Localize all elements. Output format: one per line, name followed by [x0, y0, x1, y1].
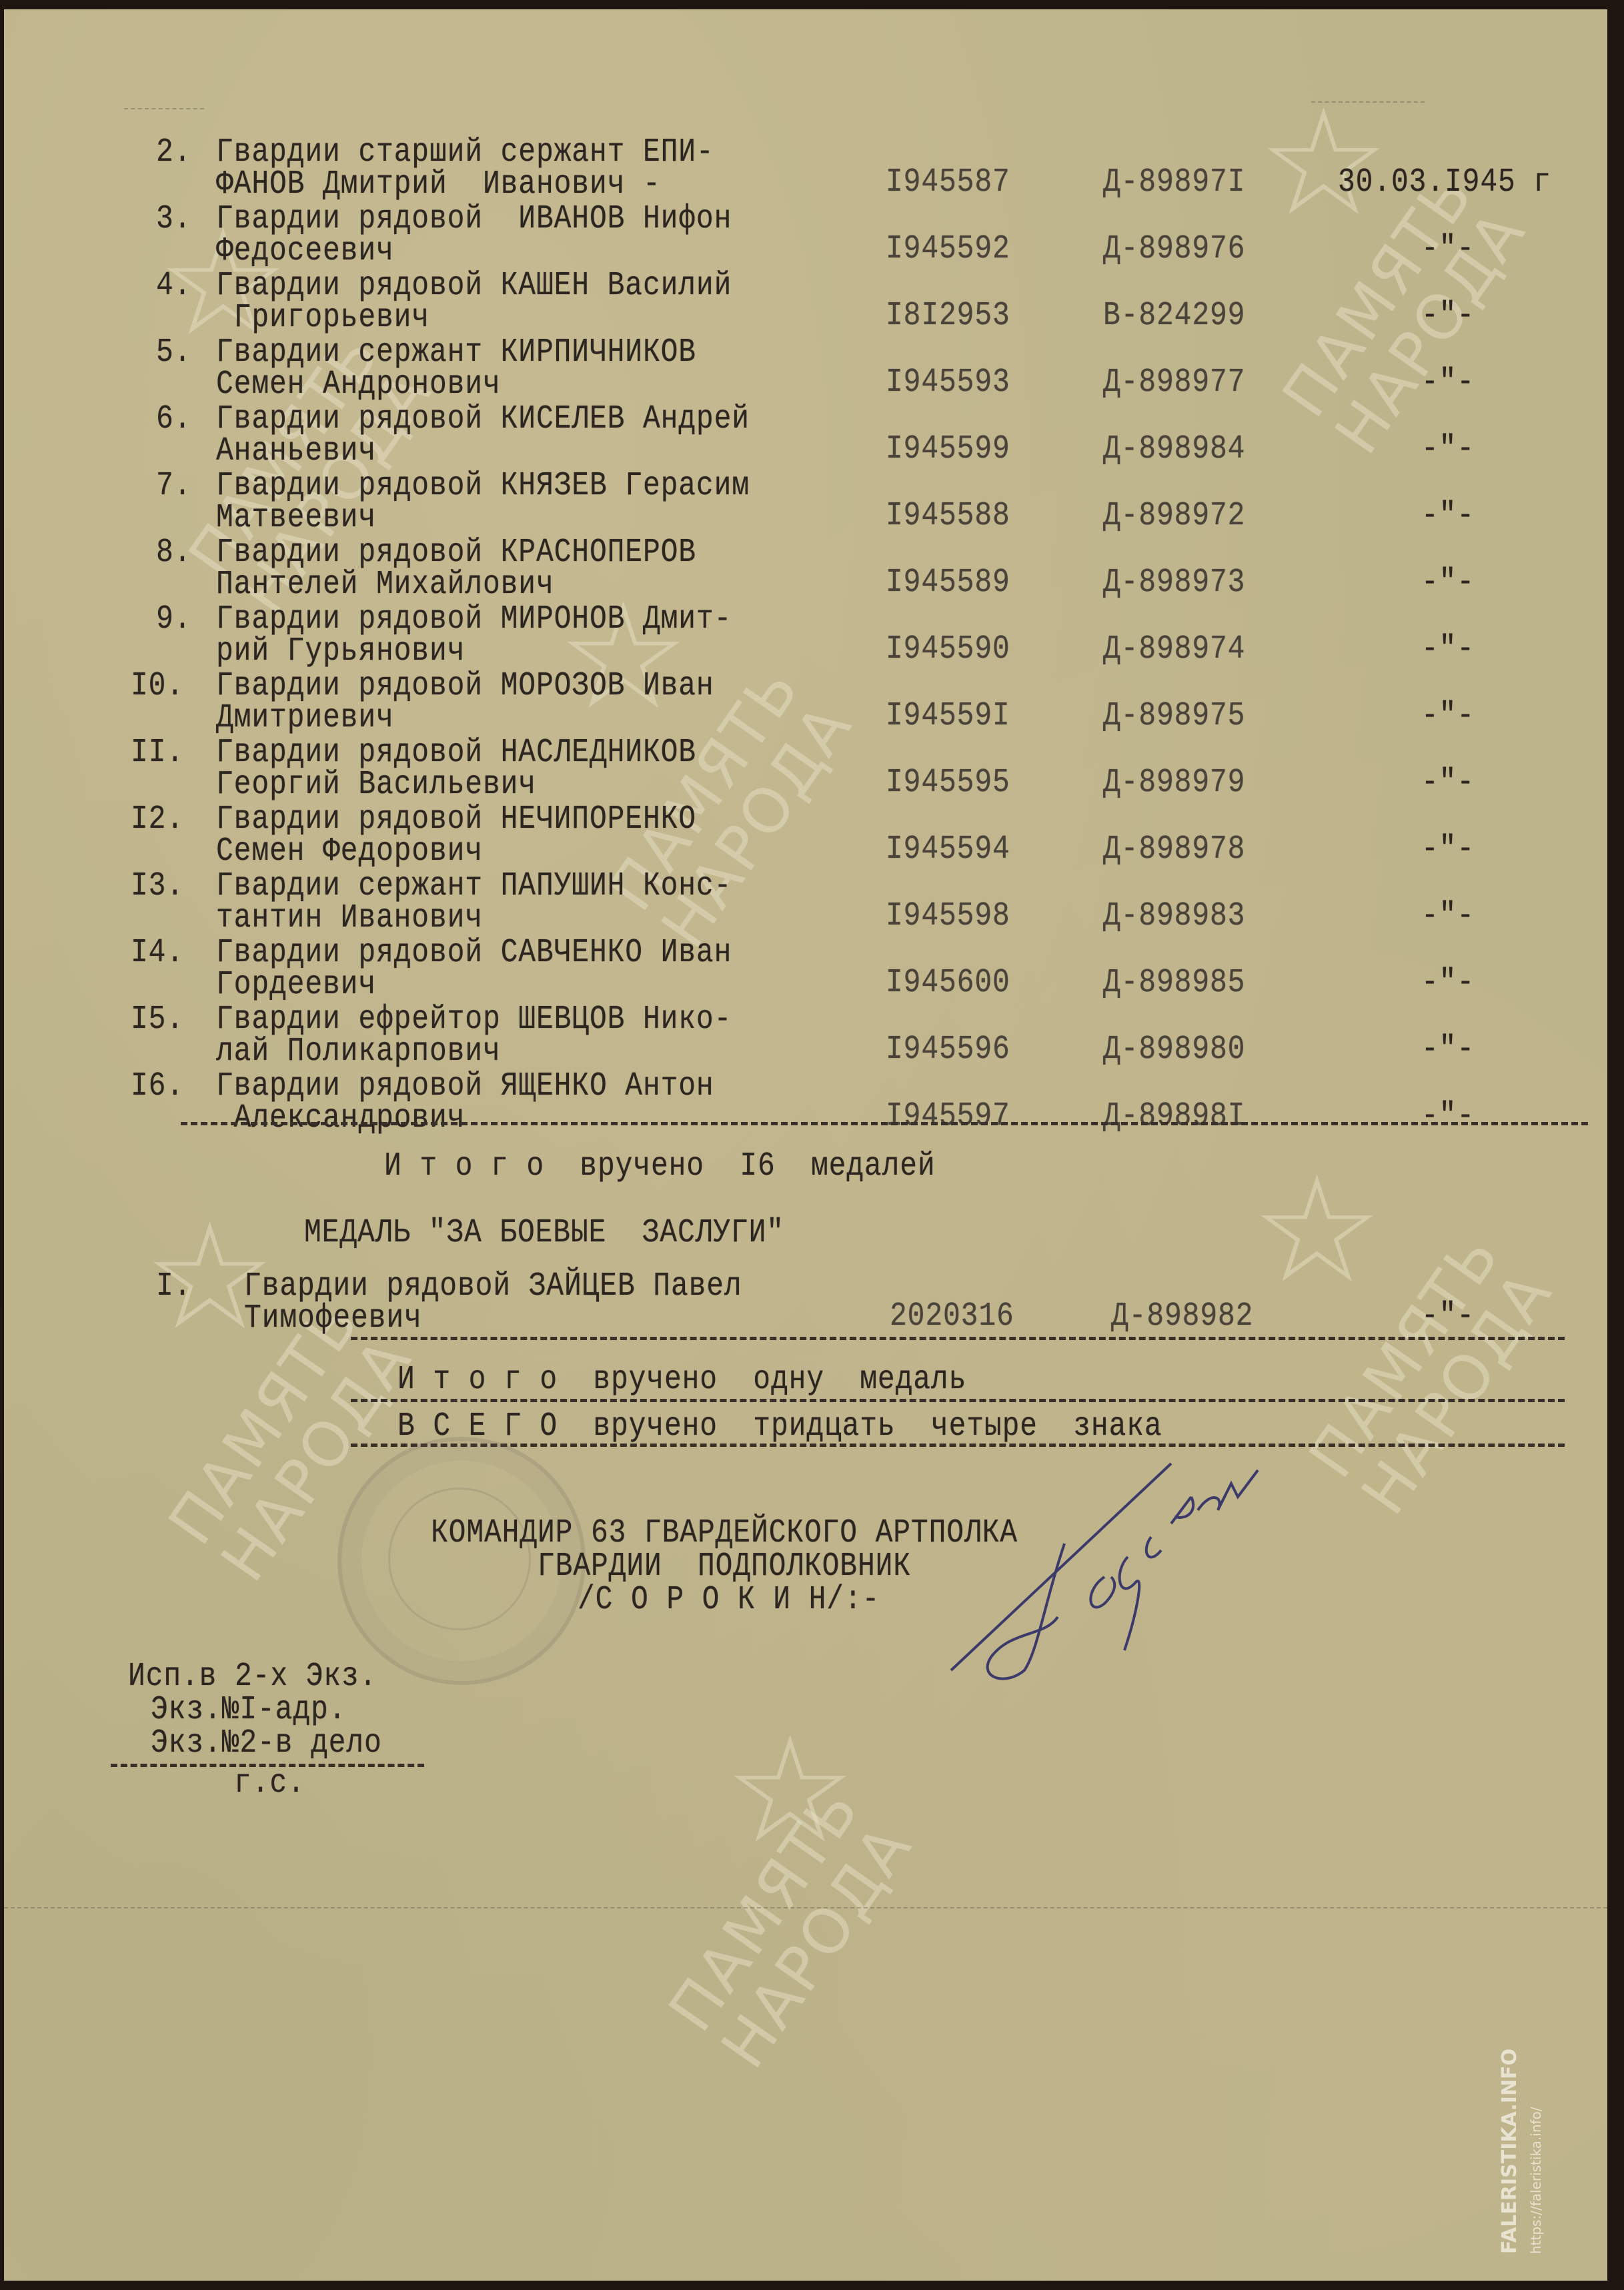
distribution-copies: Исп.в 2-х Экз. [128, 1660, 377, 1694]
entry-document-number: Д-898983 [1103, 900, 1245, 933]
entry-given-names: ФАНОВ Дмитрий Иванович - [216, 168, 661, 201]
entry-number: 3. [156, 203, 191, 236]
entry-given-names: Дмитриевич [216, 702, 394, 735]
entry-medal-number: I94559I [886, 700, 1010, 733]
entry-document-number: Д-898972 [1103, 500, 1245, 533]
entry-given-names: Александрович [216, 1102, 465, 1135]
dashed-rule [351, 1337, 1565, 1340]
entry-rank-surname: Гвардии рядовой МОРОЗОВ Иван [216, 670, 714, 703]
entry-medal-number: I945593 [886, 366, 1010, 400]
entry-rank-surname: Гвардии рядовой НАСЛЕДНИКОВ [216, 736, 696, 770]
grand-total: В С Е Г О вручено тридцать четыре знака [397, 1410, 1162, 1444]
handwritten-signature [944, 1457, 1358, 1684]
commander-rank: ГВАРДИИ ПОДПОЛКОВНИК [538, 1550, 911, 1584]
fold-line [4, 1907, 1607, 1908]
star-watermark-icon: ☆ [724, 1717, 856, 1864]
entry-given-names: рий Гурьянович [216, 635, 465, 668]
entry-medal-number: I8I2953 [886, 300, 1010, 333]
entry-document-number: Д-898985 [1103, 967, 1245, 1000]
entry-rank-surname: Гвардии рядовой КНЯЗЕВ Герасим [216, 470, 750, 503]
entry-number: I2. [131, 803, 184, 836]
star-watermark-icon: ☆ [1251, 1157, 1383, 1303]
document-page: ☆ ПАМЯТЬ НАРОДА ☆ ПАМЯТЬ НАРОДА ☆ ПАМЯТЬ… [4, 9, 1607, 2281]
entry-given-names: Тимофеевич [244, 1302, 422, 1335]
entry-document-number: Д-898982 [1111, 1300, 1253, 1333]
entry-document-number: Д-898974 [1103, 633, 1245, 666]
dashed-rule [351, 1399, 1565, 1402]
entry-award-date: -"- [1421, 300, 1475, 333]
entry-number: 7. [156, 470, 191, 503]
entry-medal-number: I945592 [886, 233, 1010, 266]
fold-line [1311, 101, 1425, 103]
entry-rank-surname: Гвардии сержант ПАПУШИН Конс- [216, 870, 732, 903]
entry-award-date: -"- [1421, 433, 1475, 466]
entry-award-date: -"- [1421, 1033, 1475, 1067]
entry-document-number: Д-898976 [1103, 233, 1245, 266]
entry-number: I6. [131, 1070, 184, 1103]
fold-line [124, 108, 204, 109]
entry-award-date: -"- [1421, 233, 1475, 266]
entry-rank-surname: Гвардии рядовой САВЧЕНКО Иван [216, 937, 732, 970]
entry-award-date: -"- [1421, 967, 1475, 1000]
entry-document-number: Д-898977 [1103, 366, 1245, 400]
entry-given-names: Ананьевич [216, 435, 376, 468]
entry-document-number: Д-898973 [1103, 566, 1245, 600]
star-watermark-icon: ☆ [1258, 89, 1389, 236]
entry-award-date: -"- [1421, 566, 1475, 600]
entry-award-date: -"- [1421, 833, 1475, 867]
entry-medal-number: I945599 [886, 433, 1010, 466]
entry-number: I3. [131, 870, 184, 903]
entry-award-date: 30.03.I945 г [1338, 166, 1551, 199]
entry-rank-surname: Гвардии старший сержант ЕПИ- [216, 136, 714, 169]
entry-award-date: -"- [1421, 700, 1475, 733]
entry-award-date: -"- [1421, 500, 1475, 533]
entry-given-names: лай Поликарпович [216, 1035, 501, 1069]
entry-document-number: Д-898975 [1103, 700, 1245, 733]
entry-medal-number: I945598 [886, 900, 1010, 933]
entry-medal-number: I945590 [886, 633, 1010, 666]
distribution-copy-2: Экз.№2-в дело [151, 1727, 382, 1760]
commander-title: КОМАНДИР 63 ГВАРДЕЙСКОГО АРТПОЛКА [431, 1517, 1018, 1550]
entry-number: I0. [131, 670, 184, 703]
entry-number: I4. [131, 937, 184, 970]
entry-number: 9. [156, 603, 191, 636]
entry-given-names: Георгий Васильевич [216, 768, 536, 802]
dashed-rule [181, 1122, 1588, 1125]
entry-award-date: -"- [1421, 900, 1475, 933]
entry-rank-surname: Гвардии рядовой КРАСНОПЕРОВ [216, 536, 696, 570]
entry-document-number: Д-898984 [1103, 433, 1245, 466]
commander-name: /С О Р О К И Н/:- [578, 1584, 880, 1617]
entry-award-date: -"- [1421, 1300, 1475, 1333]
entry-medal-number: I945587 [886, 166, 1010, 199]
entry-document-number: В-824299 [1103, 300, 1245, 333]
entry-award-date: -"- [1421, 633, 1475, 666]
entry-given-names: Семен Андронович [216, 368, 501, 402]
entry-given-names: Гордеевич [216, 969, 376, 1002]
entry-medal-number: I945596 [886, 1033, 1010, 1067]
entry-award-date: -"- [1421, 366, 1475, 400]
entry-rank-surname: Гвардии сержант КИРПИЧНИКОВ [216, 336, 696, 370]
entry-number: 6. [156, 403, 191, 436]
entry-rank-surname: Гвардии рядовой ЯЩЕНКО Антон [216, 1070, 714, 1103]
entry-number: 8. [156, 536, 191, 570]
entry-rank-surname: Гвардии рядовой КИСЕЛЕВ Андрей [216, 403, 750, 436]
subtotal-combat-merit: И т о г о вручено одну медаль [397, 1363, 966, 1397]
entry-rank-surname: Гвардии рядовой КАШЕН Василий [216, 269, 732, 303]
entry-given-names: тантин Иванович [216, 902, 483, 935]
entry-number: I5. [131, 1003, 184, 1037]
entry-number: 2. [156, 136, 191, 169]
distribution-copy-1: Экз.№I-адр. [151, 1694, 346, 1727]
entry-number: 4. [156, 269, 191, 303]
entry-medal-number: I945589 [886, 566, 1010, 600]
entry-rank-surname: Гвардии ефрейтор ШЕВЦОВ Нико- [216, 1003, 732, 1037]
distribution-initials: г.с. [234, 1767, 305, 1800]
entry-document-number: Д-898978 [1103, 833, 1245, 867]
entry-document-number: Д-89898I [1103, 1100, 1245, 1133]
entry-medal-number: I945595 [886, 766, 1010, 800]
entry-award-date: -"- [1421, 1100, 1475, 1133]
entry-given-names: Григорьевич [216, 302, 430, 335]
entry-rank-surname: Гвардии рядовой МИРОНОВ Дмит- [216, 603, 732, 636]
entry-medal-number: I945594 [886, 833, 1010, 867]
section-title-combat-merit: МЕДАЛЬ "ЗА БОЕВЫЕ ЗАСЛУГИ" [304, 1217, 784, 1250]
entry-medal-number: I945588 [886, 500, 1010, 533]
entry-document-number: Д-898980 [1103, 1033, 1245, 1067]
entry-rank-surname: Гвардии рядовой НЕЧИПОРЕНКО [216, 803, 696, 836]
faleristika-watermark-logo: FALERISTIKA.INFO https://faleristika.inf… [1497, 2127, 1584, 2254]
entry-given-names: Матвеевич [216, 502, 376, 535]
entry-document-number: Д-89897I [1103, 166, 1245, 199]
entry-document-number: Д-898979 [1103, 766, 1245, 800]
entry-rank-surname: Гвардии рядовой ЗАЙЦЕВ Павел [244, 1270, 742, 1303]
entry-number: 5. [156, 336, 191, 370]
entry-medal-number: I945600 [886, 967, 1010, 1000]
entry-medal-number: I945597 [886, 1100, 1010, 1133]
dashed-rule [351, 1444, 1565, 1447]
entry-award-date: -"- [1421, 766, 1475, 800]
entry-number: I. [156, 1270, 191, 1303]
entry-rank-surname: Гвардии рядовой ИВАНОВ Нифон [216, 203, 732, 236]
entry-given-names: Пантелей Михайлович [216, 568, 554, 602]
entry-medal-number: 2020316 [890, 1300, 1014, 1333]
subtotal-main: И т о г о вручено I6 медалей [384, 1150, 936, 1183]
entry-given-names: Федосеевич [216, 235, 394, 268]
entry-given-names: Семен Федорович [216, 835, 483, 869]
entry-number: II. [131, 736, 184, 770]
